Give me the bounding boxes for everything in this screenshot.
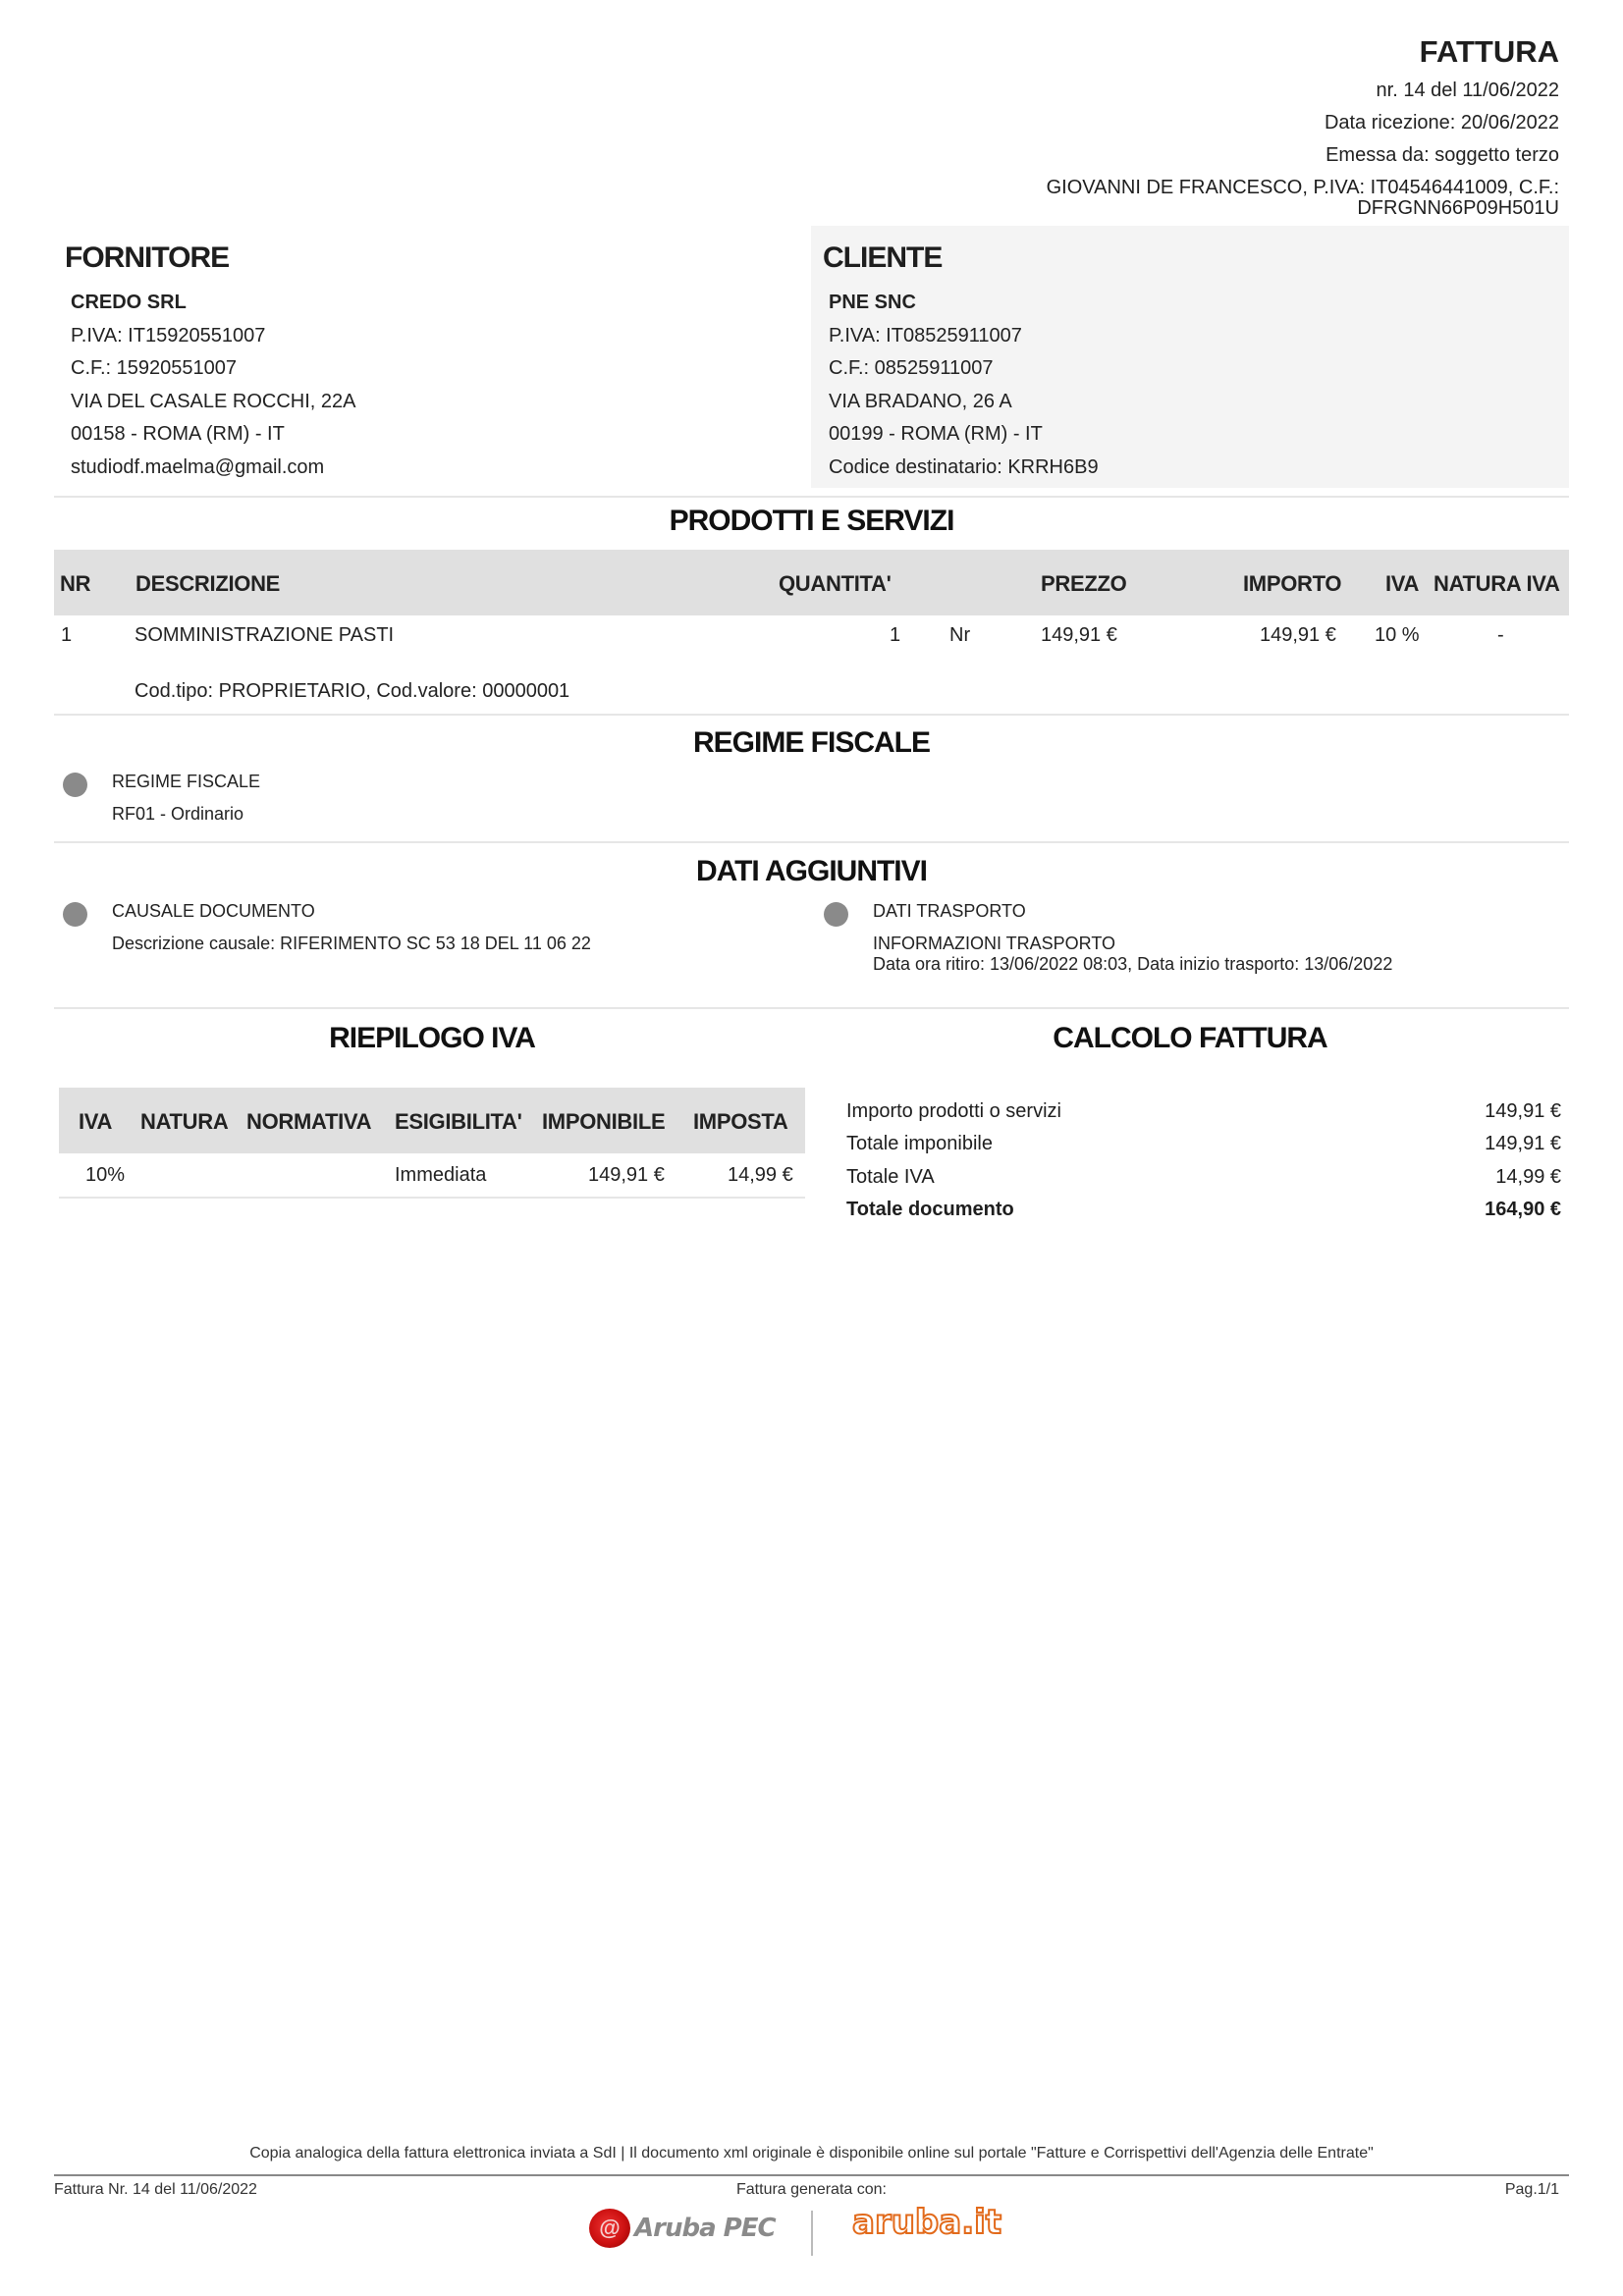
calc-row: Totale imponibile 149,91 € — [846, 1128, 1561, 1160]
calc-value: 14,99 € — [1495, 1161, 1561, 1194]
additional-title: DATI AGGIUNTIVI — [54, 855, 1569, 888]
tax-regime-title: REGIME FISCALE — [54, 726, 1569, 760]
calc-total-label: Totale documento — [846, 1194, 1014, 1226]
invoice-number-date: nr. 14 del 11/06/2022 — [1047, 75, 1559, 107]
row-eligibility: Immediata — [395, 1164, 486, 1187]
calc-value: 149,91 € — [1485, 1095, 1561, 1128]
products-table-header: NR DESCRIZIONE QUANTITA' PREZZO IMPORTO … — [54, 550, 1569, 615]
col-vat: IVA — [1385, 571, 1419, 597]
document-header: FATTURA nr. 14 del 11/06/2022 Data ricez… — [1047, 29, 1559, 219]
col-nr: NR — [60, 571, 90, 597]
tax-regime-label: REGIME FISCALE — [112, 772, 260, 792]
aruba-pec-text: Aruba PEC — [634, 2214, 776, 2243]
col-price: PREZZO — [1041, 571, 1126, 597]
col-description: DESCRIZIONE — [135, 571, 280, 597]
issuer-line-2: DFRGNN66P09H501U — [1047, 198, 1559, 219]
col-nature: NATURA — [140, 1109, 228, 1135]
col-tax: IMPOSTA — [693, 1109, 788, 1135]
calc-label: Totale IVA — [846, 1161, 935, 1194]
supplier-name: CREDO SRL — [71, 287, 355, 320]
calc-row: Totale IVA 14,99 € — [846, 1161, 1561, 1194]
client-address: VIA BRADANO, 26 A — [829, 386, 1099, 419]
col-taxable: IMPONIBILE — [542, 1109, 665, 1135]
aruba-it-logo: aruba.it — [852, 2203, 1001, 2242]
col-amount: IMPORTO — [1243, 571, 1341, 597]
row-price: 149,91 € — [1041, 624, 1117, 647]
footer-page-number: Pag.1/1 — [1505, 2181, 1559, 2199]
supplier-city: 00158 - ROMA (RM) - IT — [71, 418, 355, 452]
received-date: Data ricezione: 20/06/2022 — [1047, 107, 1559, 139]
at-seal-icon: @ — [589, 2209, 630, 2248]
calc-value: 149,91 € — [1485, 1128, 1561, 1160]
table-row: 10% Immediata 149,91 € 14,99 € — [59, 1153, 805, 1197]
calc-total-value: 164,90 € — [1485, 1194, 1561, 1226]
client-piva: P.IVA: IT08525911007 — [829, 320, 1099, 353]
row-vat: 10% — [85, 1164, 125, 1187]
supplier-block: FORNITORE CREDO SRL P.IVA: IT15920551007… — [54, 226, 810, 488]
bullet-icon — [63, 902, 87, 927]
footer-note: Copia analogica della fattura elettronic… — [54, 2145, 1569, 2163]
col-norm: NORMATIVA — [246, 1109, 371, 1135]
divider — [54, 841, 1569, 843]
client-cf: C.F.: 08525911007 — [829, 352, 1099, 386]
col-vat-nature: NATURA IVA — [1434, 571, 1560, 597]
supplier-piva: P.IVA: IT15920551007 — [71, 320, 355, 353]
client-recipient-code: Codice destinatario: KRRH6B9 — [829, 452, 1099, 485]
calc-label: Importo prodotti o servizi — [846, 1095, 1061, 1128]
col-eligibility: ESIGIBILITA' — [395, 1109, 522, 1135]
document-title: FATTURA — [1047, 29, 1559, 75]
row-vat-nature: - — [1497, 624, 1504, 647]
divider — [54, 714, 1569, 716]
divider — [54, 496, 1569, 498]
transport-value: Data ora ritiro: 13/06/2022 08:03, Data … — [873, 954, 1392, 975]
client-name: PNE SNC — [829, 287, 1099, 320]
issuer-line-1: GIOVANNI DE FRANCESCO, P.IVA: IT04546441… — [1047, 178, 1559, 198]
footer-invoice-ref: Fattura Nr. 14 del 11/06/2022 — [54, 2181, 257, 2199]
divider — [54, 1007, 1569, 1009]
supplier-address: VIA DEL CASALE ROCCHI, 22A — [71, 386, 355, 419]
footer-generated-with: Fattura generata con: — [687, 2181, 936, 2199]
bullet-icon — [63, 773, 87, 797]
supplier-cf: C.F.: 15920551007 — [71, 352, 355, 386]
supplier-email: studiodf.maelma@gmail.com — [71, 452, 355, 485]
issued-by: Emessa da: soggetto terzo — [1047, 139, 1559, 172]
transport-sub: INFORMAZIONI TRASPORTO — [873, 934, 1115, 954]
client-block: CLIENTE PNE SNC P.IVA: IT08525911007 C.F… — [811, 226, 1569, 488]
row-taxable: 149,91 € — [588, 1164, 665, 1187]
row-vat: 10 % — [1375, 624, 1420, 647]
causale-value: Descrizione causale: RIFERIMENTO SC 53 1… — [112, 934, 591, 954]
aruba-pec-logo: @ Aruba PEC — [589, 2209, 776, 2248]
calc-row: Importo prodotti o servizi 149,91 € — [846, 1095, 1561, 1128]
calc-label: Totale imponibile — [846, 1128, 993, 1160]
transport-label: DATI TRASPORTO — [873, 901, 1026, 922]
invoice-calc-title: CALCOLO FATTURA — [811, 1022, 1569, 1055]
causale-label: CAUSALE DOCUMENTO — [112, 901, 315, 922]
col-vat: IVA — [79, 1109, 112, 1135]
row-unit: Nr — [949, 624, 970, 647]
table-row: 1 SOMMINISTRAZIONE PASTI 1 Nr 149,91 € 1… — [54, 615, 1569, 714]
products-title: PRODOTTI E SERVIZI — [54, 505, 1569, 538]
calc-total-row: Totale documento 164,90 € — [846, 1194, 1561, 1226]
vat-summary-header: IVA NATURA NORMATIVA ESIGIBILITA' IMPONI… — [59, 1088, 805, 1153]
row-amount: 149,91 € — [1260, 624, 1336, 647]
footer-divider — [54, 2174, 1569, 2176]
tax-regime-value: RF01 - Ordinario — [112, 804, 243, 825]
logo-separator — [811, 2211, 813, 2256]
supplier-title: FORNITORE — [65, 241, 229, 275]
client-title: CLIENTE — [823, 241, 942, 275]
bullet-icon — [824, 902, 848, 927]
col-quantity: QUANTITA' — [779, 571, 892, 597]
row-quantity: 1 — [890, 624, 900, 647]
divider — [59, 1197, 805, 1199]
client-city: 00199 - ROMA (RM) - IT — [829, 418, 1099, 452]
row-tax: 14,99 € — [728, 1164, 793, 1187]
vat-summary-title: RIEPILOGO IVA — [54, 1022, 810, 1055]
row-code: Cod.tipo: PROPRIETARIO, Cod.valore: 0000… — [135, 680, 569, 703]
row-description: SOMMINISTRAZIONE PASTI — [135, 624, 394, 647]
row-nr: 1 — [61, 624, 72, 647]
